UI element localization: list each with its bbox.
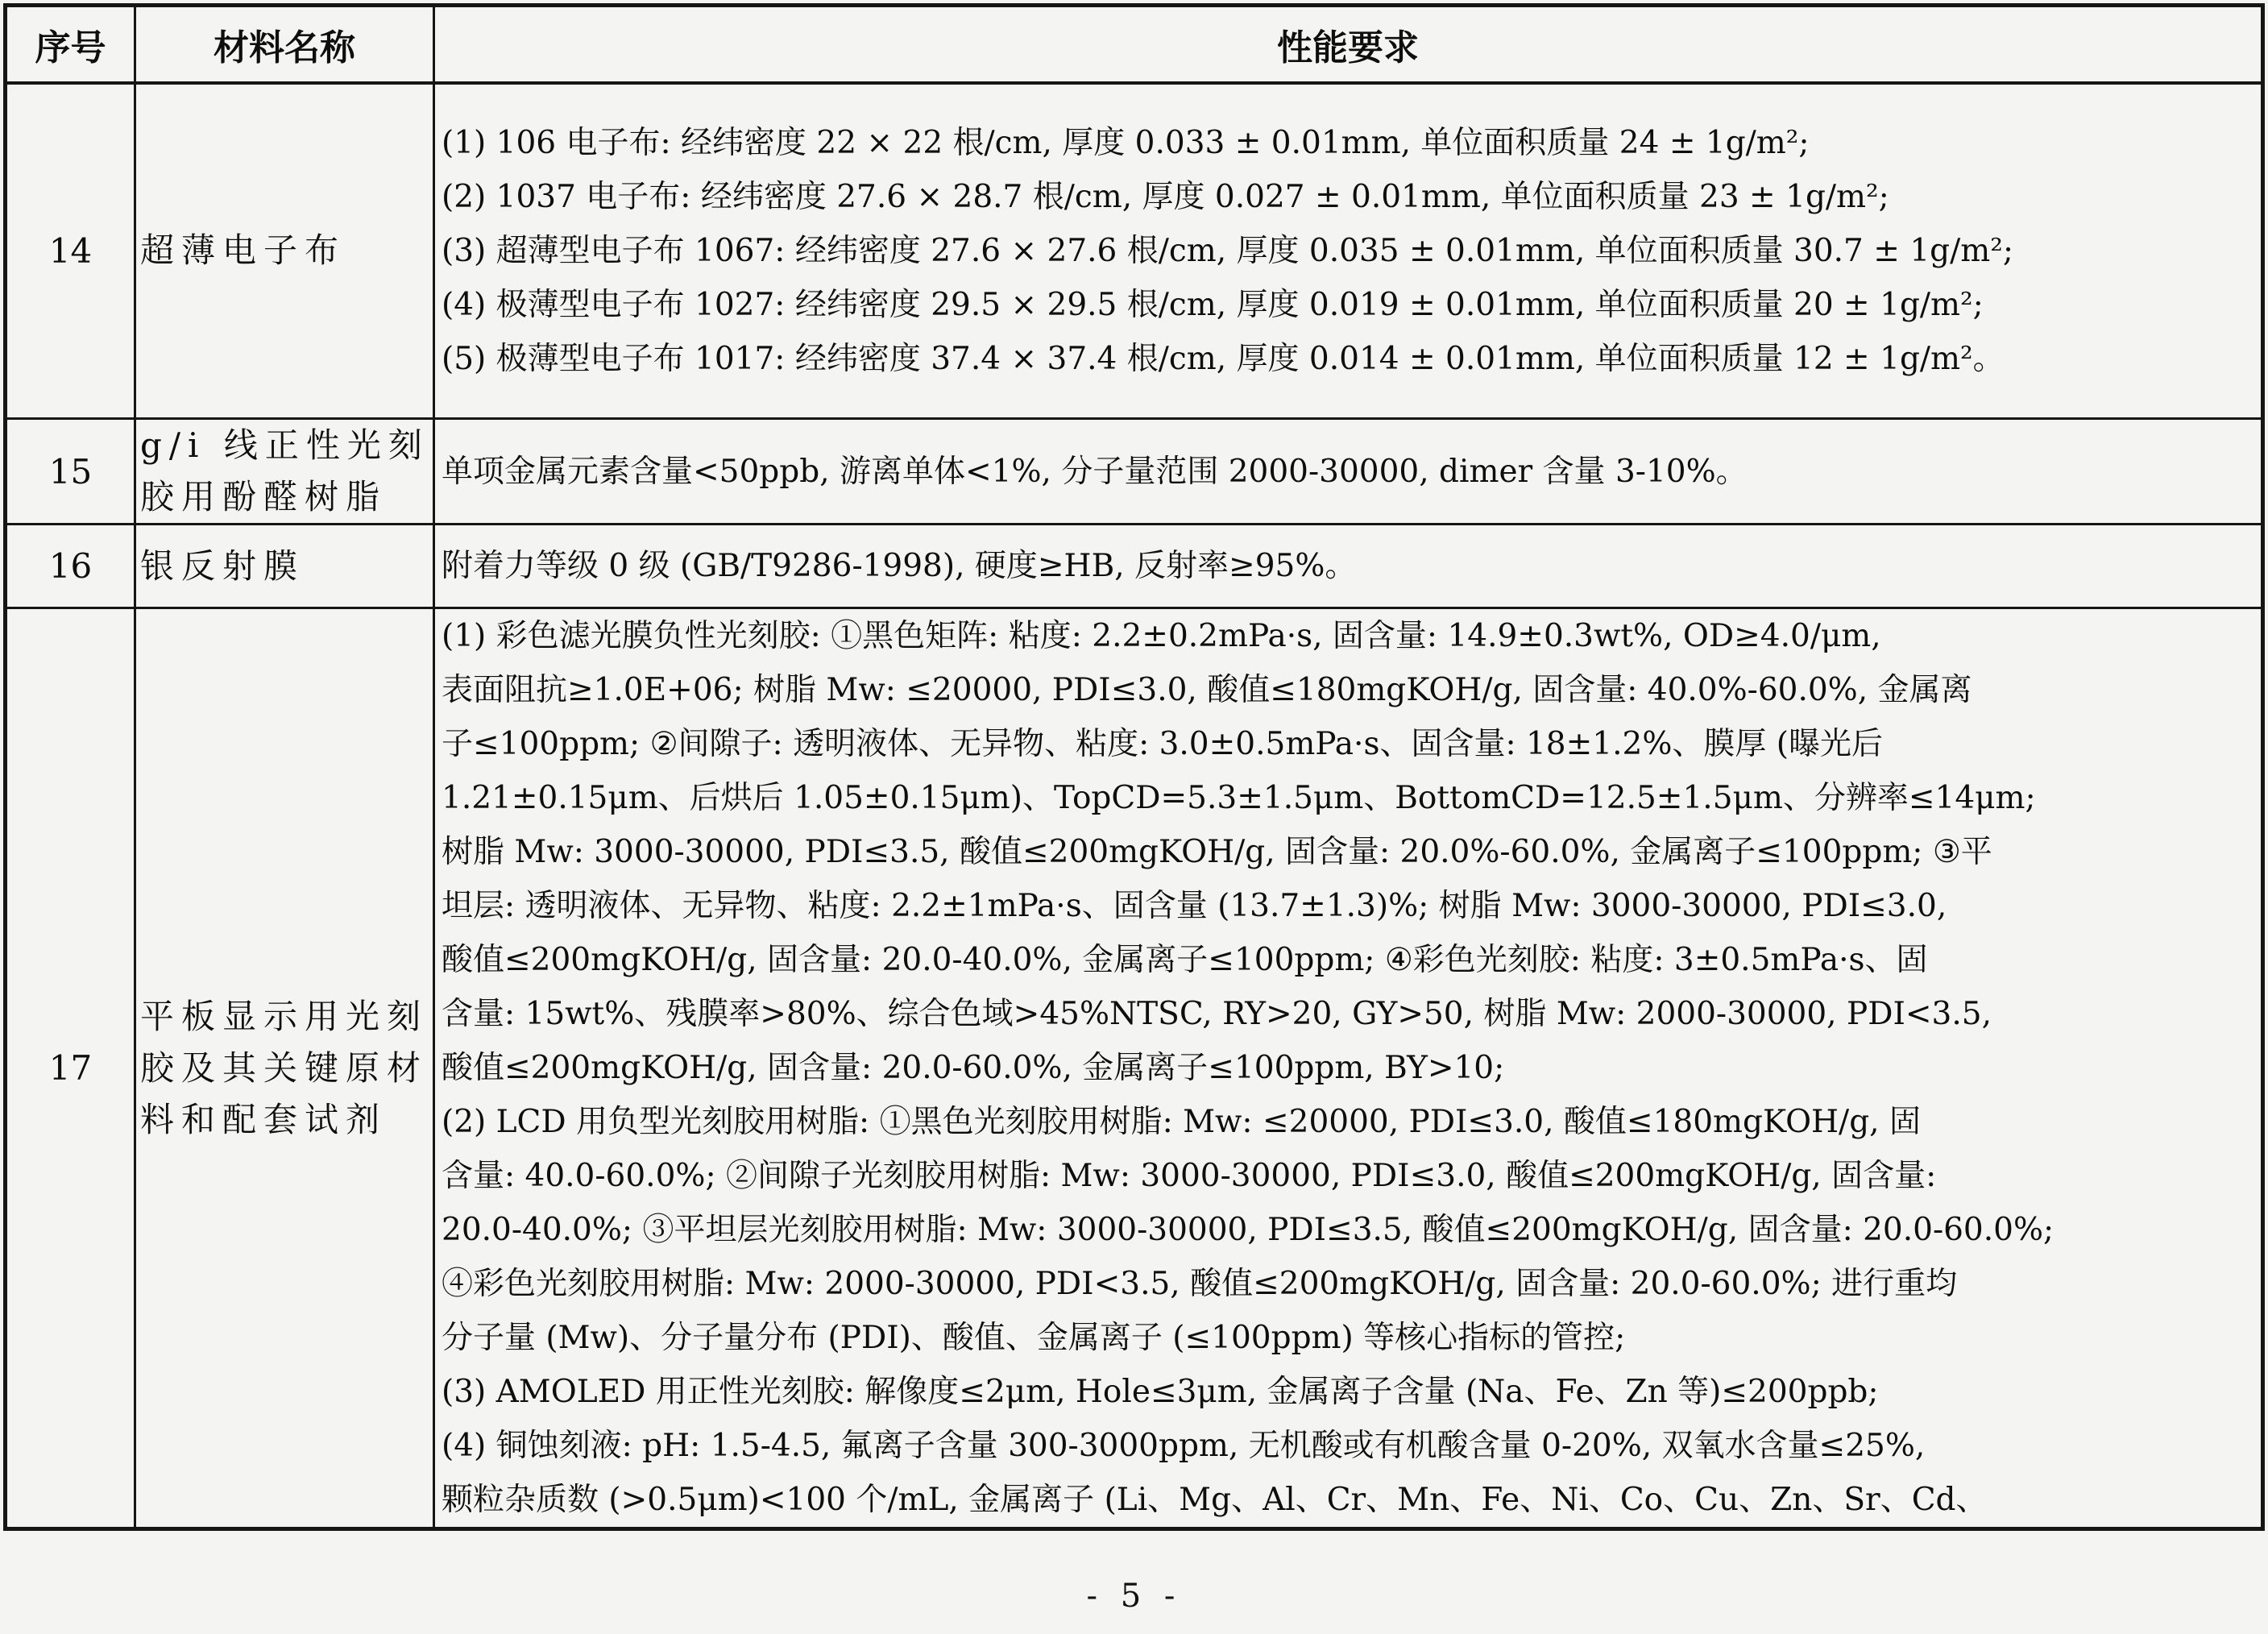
material-name-cell: g/i 线正性光刻 胶用酚醛树脂: [135, 419, 434, 525]
material-name-cell: 超薄电子布: [135, 83, 434, 419]
performance-cell: (1) 106 电子布: 经纬密度 22 × 22 根/cm, 厚度 0.033…: [434, 83, 2263, 419]
page: { "table": { "headers": { "no": "序号", "n…: [0, 0, 2268, 1634]
header-cell-serial-no: 序号: [6, 6, 135, 83]
performance-cell: 单项金属元素含量<50ppb, 游离单体<1%, 分子量范围 2000-3000…: [434, 419, 2263, 525]
table-row-15: 15 g/i 线正性光刻 胶用酚醛树脂 单项金属元素含量<50ppb, 游离单体…: [6, 419, 2263, 525]
table-row-16: 16 银反射膜 附着力等级 0 级 (GB/T9286-1998), 硬度≥HB…: [6, 525, 2263, 608]
performance-cell: 附着力等级 0 级 (GB/T9286-1998), 硬度≥HB, 反射率≥95…: [434, 525, 2263, 608]
header-cell-material-name: 材料名称: [135, 6, 434, 83]
material-name-cell: 银反射膜: [135, 525, 434, 608]
serial-no-cell: 14: [6, 83, 135, 419]
table-row-17: 17 平板显示用光刻 胶及其关键原材 料和配套试剂 (1) 彩色滤光膜负性光刻胶…: [6, 608, 2263, 1529]
performance-cell: (1) 彩色滤光膜负性光刻胶: ①黑色矩阵: 粘度: 2.2±0.2mPa·s,…: [434, 608, 2263, 1529]
header-row: 序号 材料名称 性能要求: [6, 6, 2263, 83]
header-cell-performance: 性能要求: [434, 6, 2263, 83]
serial-no-cell: 16: [6, 525, 135, 608]
materials-spec-table: 序号 材料名称 性能要求 14 超薄电子布 (1) 106 电子布: 经纬密度 …: [3, 3, 2265, 1531]
serial-no-cell: 15: [6, 419, 135, 525]
material-name-cell: 平板显示用光刻 胶及其关键原材 料和配套试剂: [135, 608, 434, 1529]
page-number: - 5 -: [0, 1578, 2268, 1615]
table-row-14: 14 超薄电子布 (1) 106 电子布: 经纬密度 22 × 22 根/cm,…: [6, 83, 2263, 419]
serial-no-cell: 17: [6, 608, 135, 1529]
